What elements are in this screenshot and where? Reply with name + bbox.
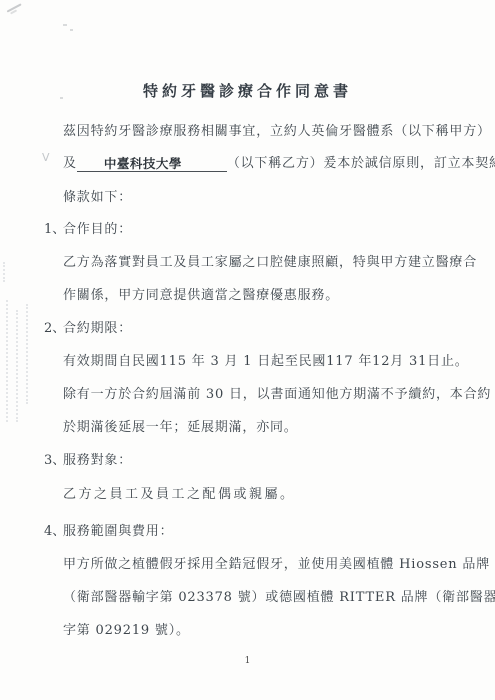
document-title: 特約牙醫診療合作同意書 [0, 80, 495, 101]
clause-2-heading-text: 合約期限： [63, 321, 132, 336]
party-b-name: 中臺科技大學 [104, 156, 182, 171]
clause-4-heading-text: 服務範圍與費用： [63, 524, 173, 539]
clause-1-heading-text: 合作目的： [63, 222, 132, 237]
scan-artifact-smudge [70, 29, 73, 31]
clause-2-number: 2、 [44, 320, 63, 337]
scan-artifact-dots [26, 304, 28, 404]
clause-3-heading-text: 服務對象： [63, 453, 132, 468]
clause-4-body-line: 甲方所做之植體假牙採用全鋯冠假牙，並使用美國植體 Hiossen 品牌 [63, 556, 490, 573]
scanned-agreement-page: 特約牙醫診療合作同意書 V 茲因特約牙醫診療服務相關事宜，立約人英倫牙醫體系（以… [0, 0, 495, 700]
clause-4-heading: 4、服務範圍與費用： [44, 523, 173, 540]
party-b-suffix: （以下稱乙方）爰本於誠信原則，訂立本契約 [227, 156, 495, 171]
clause-4-body-line: （衛部醫器輸字第 023378 號）或德國植體 RITTER 品牌（衛部醫器輸 [63, 589, 495, 606]
preamble-line-1: 茲因特約牙醫診療服務相關事宜，立約人英倫牙醫體系（以下稱甲方） [63, 123, 491, 140]
scan-artifact-smudge [63, 24, 67, 26]
clause-1-body-line: 作關係，甲方同意提供適當之醫療優惠服務。 [63, 287, 339, 304]
party-b-prefix: 及 [63, 156, 77, 171]
clause-1-body-line: 乙方為落實對員工及員工家屬之口腔健康照顧，特與甲方建立醫療合 [63, 254, 477, 271]
party-b-name-field: 中臺科技大學 [77, 155, 227, 172]
margin-check-mark: V [42, 151, 50, 164]
clause-1-number: 1、 [44, 221, 63, 238]
clause-2-heading: 2、合約期限： [44, 320, 132, 337]
scan-artifact-dots [16, 310, 18, 422]
scan-artifact-dots [6, 300, 8, 422]
clause-1-heading: 1、合作目的： [44, 221, 132, 238]
preamble-line-2: 及中臺科技大學（以下稱乙方）爰本於誠信原則，訂立本契約 [63, 155, 495, 172]
clause-4-number: 4、 [44, 523, 63, 540]
clause-3-number: 3、 [44, 452, 63, 469]
clause-4-body-line: 字第 029219 號）。 [63, 622, 190, 639]
clause-2-body-line: 除有一方於合約屆滿前 30 日，以書面通知他方期滿不予續約，本合約 [63, 386, 491, 403]
clause-2-body-line: 於期滿後延展一年；延展期滿，亦同。 [63, 419, 298, 436]
clause-3-heading: 3、服務對象： [44, 452, 132, 469]
preamble-line-3: 條款如下： [63, 189, 132, 206]
page-number: 1 [0, 656, 495, 666]
scan-artifact-dots [3, 262, 5, 282]
clause-3-body-line: 乙方之員工及員工之配偶或親屬。 [63, 486, 296, 503]
clause-2-body-line: 有效期間自民國115 年 3 月 1 日起至民國117 年12月 31日止。 [63, 353, 469, 370]
